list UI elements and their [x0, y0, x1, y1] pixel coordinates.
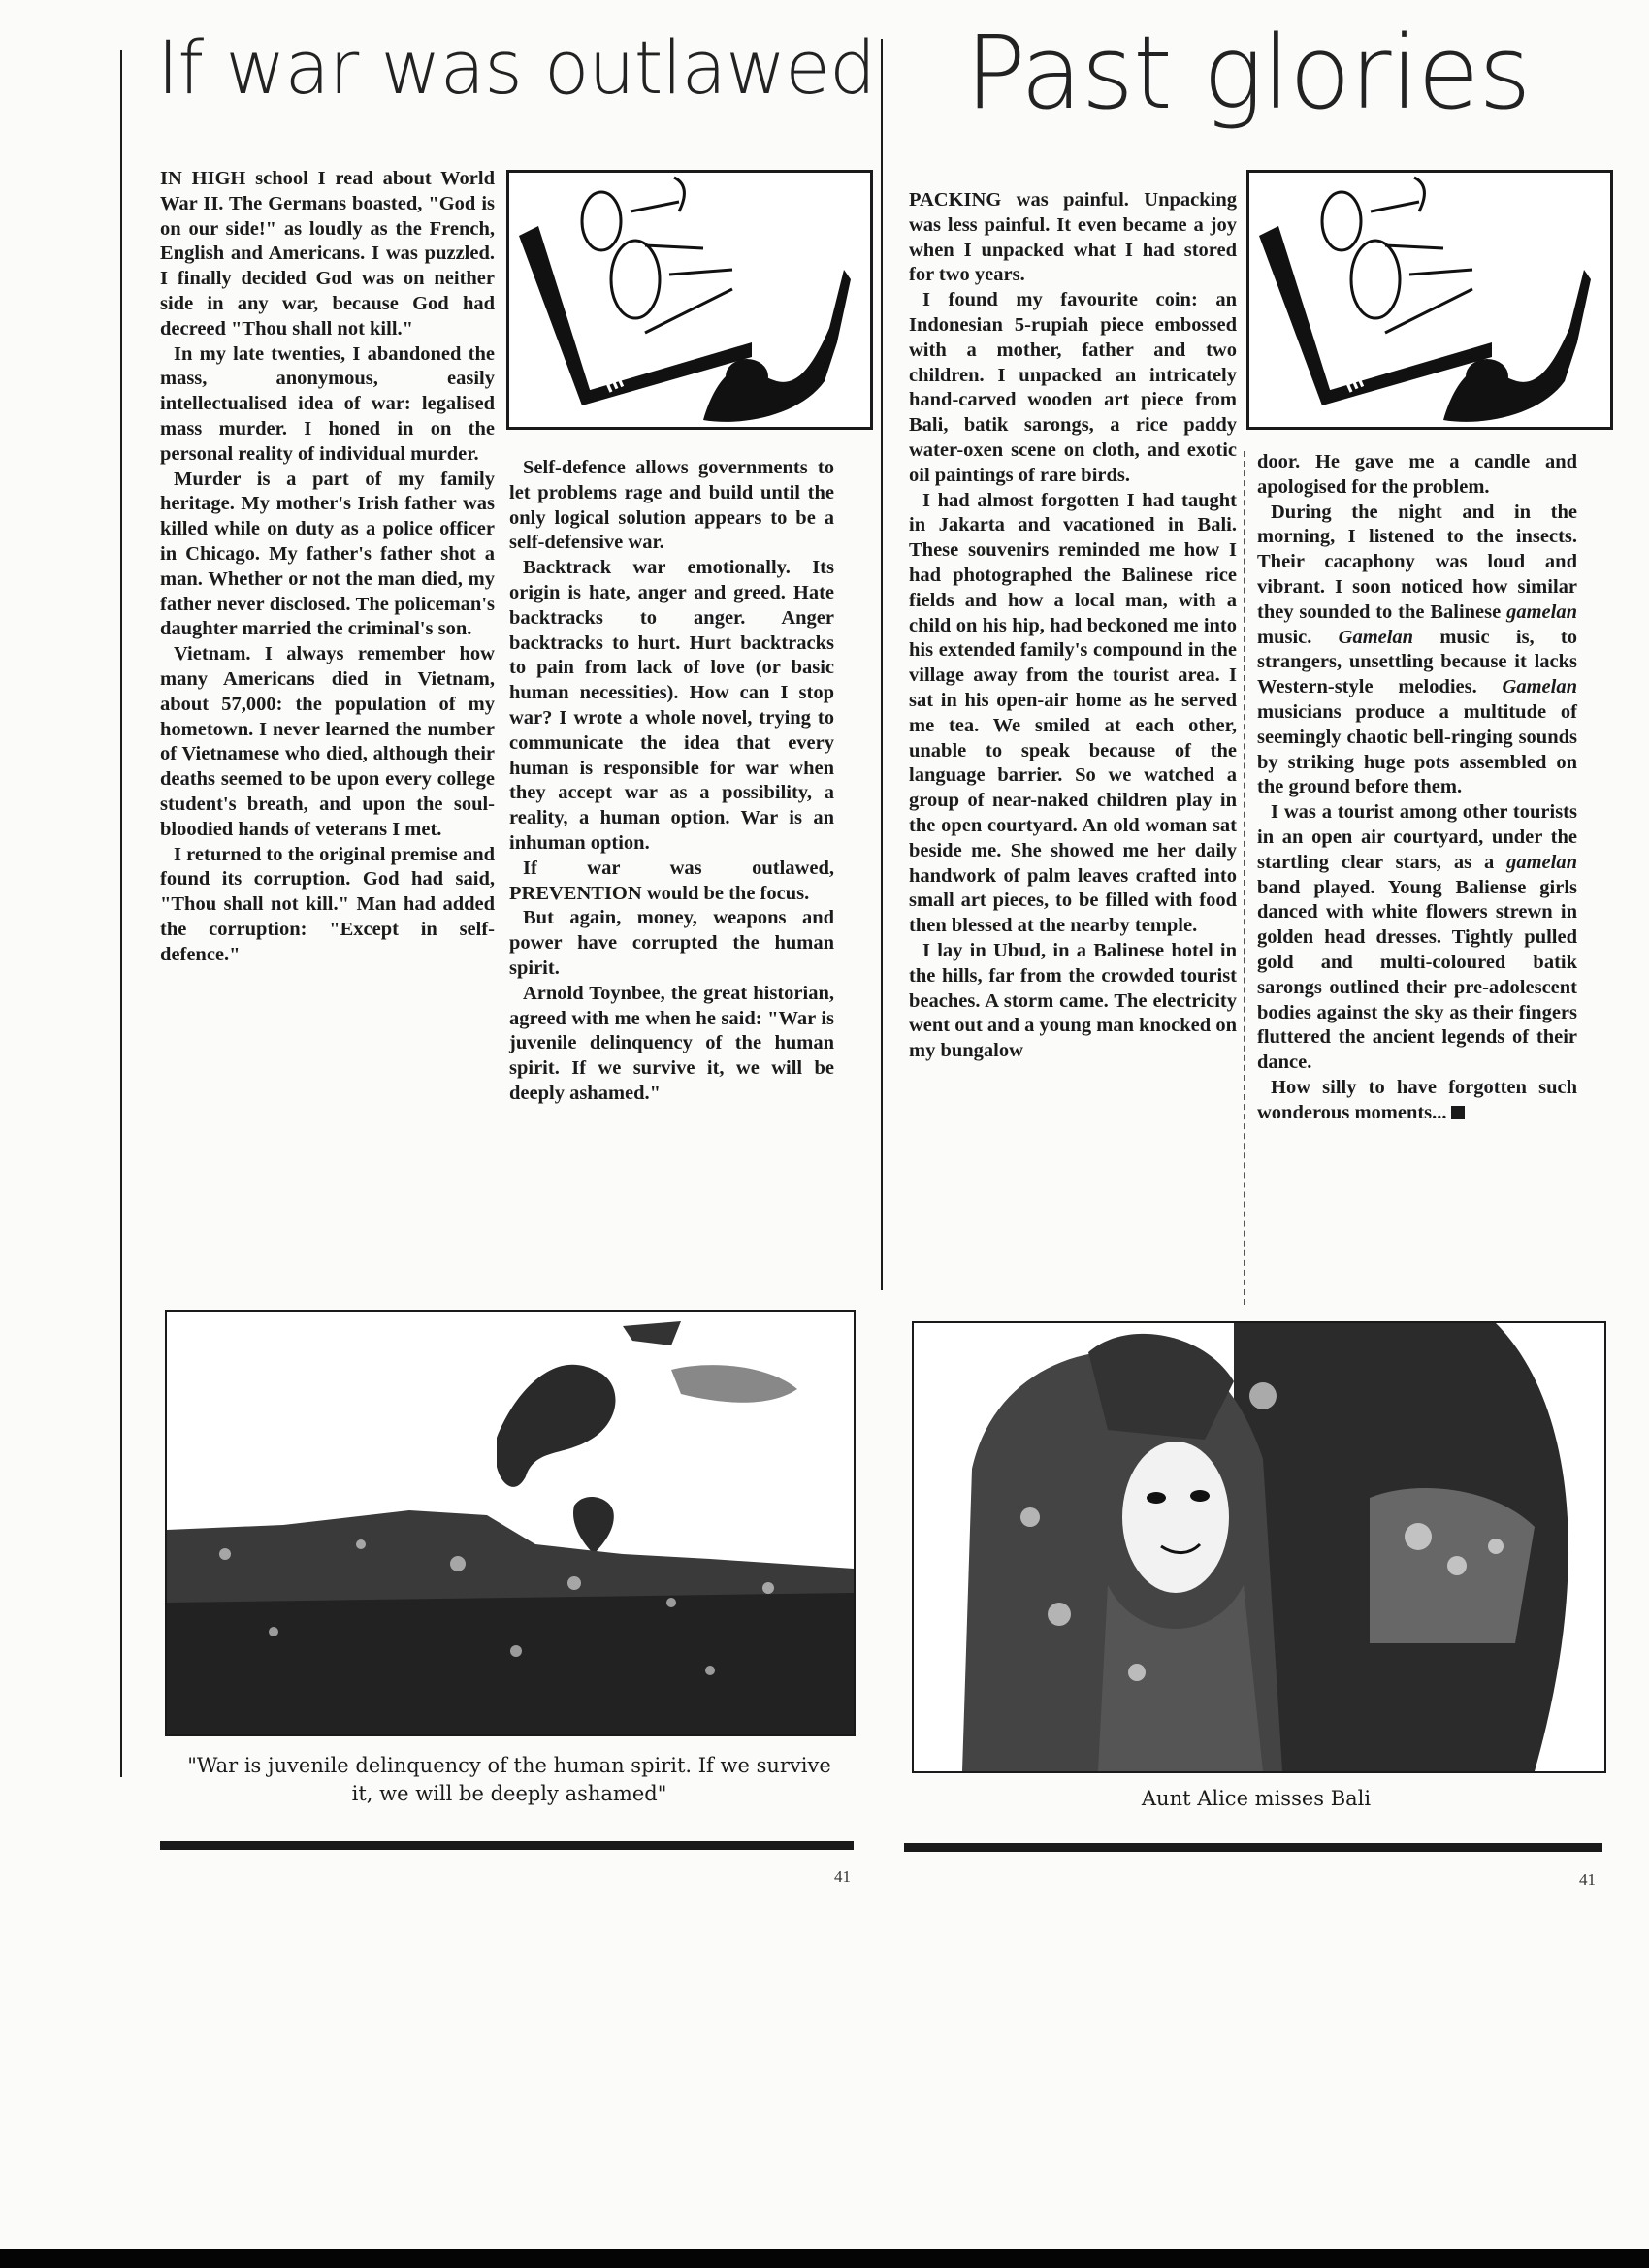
bali-dancer-photo — [912, 1321, 1606, 1773]
aunt-alice-illustration-right: AUNT ALICE — [1246, 170, 1613, 430]
paragraph: Backtrack war emotionally. Its origin is… — [509, 556, 834, 857]
page-number-left: 41 — [834, 1867, 851, 1887]
balinese-dancer-image-icon — [914, 1323, 1604, 1771]
column-divider-right — [1244, 451, 1245, 1305]
headline-right: Past glories — [965, 19, 1531, 126]
scan-edge-band — [0, 2249, 1649, 2268]
paragraph: But again, money, weapons and power have… — [509, 906, 834, 981]
footer-rule-left — [160, 1841, 854, 1850]
paragraph: During the night and in the morning, I l… — [1257, 501, 1577, 801]
paragraph: Murder is a part of my family heritage. … — [160, 468, 495, 643]
article-right-column-1: PACKING was painful. Unpacking was less … — [909, 188, 1237, 1064]
paragraph: IN HIGH school I read about World War II… — [160, 167, 495, 342]
left-margin-rule — [120, 50, 122, 1777]
paragraph: How silly to have forgotten such wondero… — [1257, 1076, 1577, 1126]
paragraph: Vietnam. I always remember how many Amer… — [160, 642, 495, 842]
paragraph: I returned to the original premise and f… — [160, 843, 495, 968]
paragraph: PACKING was painful. Unpacking was less … — [909, 188, 1237, 288]
aunt-alice-illustration-left: AUNT ALICE — [506, 170, 873, 430]
headline-left: If war was outlawed — [157, 29, 875, 107]
aunt-alice-cartoon-icon: AUNT ALICE — [509, 173, 870, 427]
battle-scene-image-icon — [167, 1312, 854, 1734]
paragraph: I was a tourist among other tourists in … — [1257, 800, 1577, 1076]
paragraph: door. He gave me a candle and apologised… — [1257, 450, 1577, 501]
aunt-alice-cartoon-icon: AUNT ALICE — [1249, 173, 1610, 427]
war-photo-caption: "War is juvenile delinquency of the huma… — [184, 1752, 834, 1808]
paragraph: Arnold Toynbee, the great historian, agr… — [509, 982, 834, 1107]
war-photo — [165, 1310, 856, 1736]
footer-rule-right — [904, 1843, 1602, 1852]
bali-photo-caption: Aunt Alice misses Bali — [1028, 1785, 1484, 1813]
article-right-column-2: door. He gave me a candle and apologised… — [1257, 450, 1577, 1126]
column-divider-center — [881, 39, 883, 1290]
paragraph: Self-defence allows governments to let p… — [509, 456, 834, 556]
page-number-right: 41 — [1579, 1870, 1596, 1890]
paragraph: If war was outlawed, PREVENTION would be… — [509, 857, 834, 907]
paragraph: I lay in Ubud, in a Balinese hotel in th… — [909, 939, 1237, 1064]
paragraph: In my late twenties, I abandoned the mas… — [160, 342, 495, 468]
paragraph: I found my favourite coin: an Indonesian… — [909, 288, 1237, 488]
article-left-column-1: IN HIGH school I read about World War II… — [160, 167, 495, 968]
paragraph: I had almost forgotten I had taught in J… — [909, 489, 1237, 939]
end-of-article-mark-icon — [1451, 1106, 1465, 1119]
article-left-column-2: Self-defence allows governments to let p… — [509, 456, 834, 1107]
